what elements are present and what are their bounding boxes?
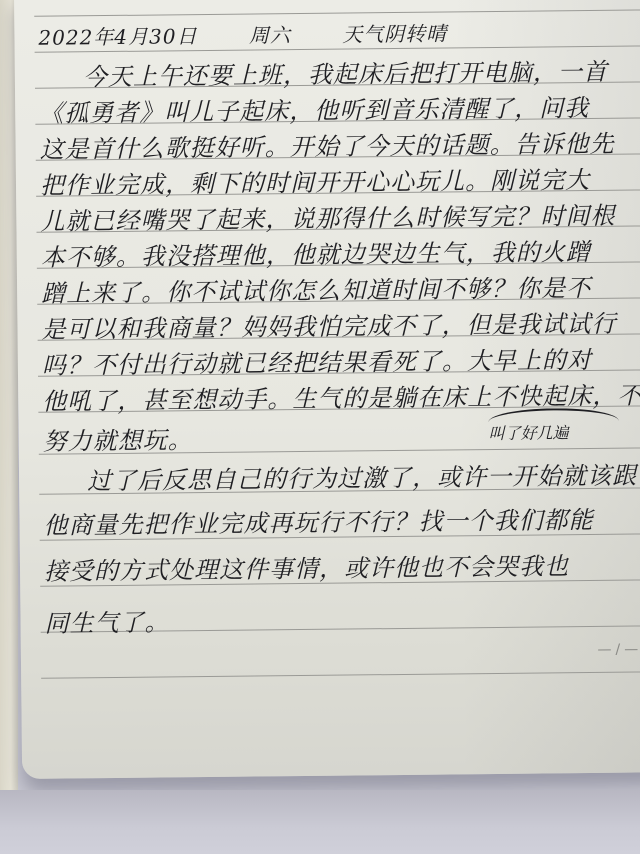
text-line: 接受的方式处理这件事情，或许他也不会哭我也 [44, 545, 640, 586]
diary-weather: 天气阴转晴 [342, 21, 447, 46]
text-line: 过了后反思自己的行为过激了，或许一开始就该跟 [43, 455, 640, 496]
page-number-mark: —/—/ [597, 641, 640, 658]
text-line: 《孤勇者》叫儿子起床，他听到音乐清醒了，问我 [39, 87, 640, 128]
diary-date: 2022年4月30日 [38, 24, 197, 50]
text-line: 他商量先把作业完成再玩行不行？找一个我们都能 [43, 499, 640, 540]
text-line: 这是首什么歌挺好听。开始了今天的话题。告诉他先 [39, 123, 640, 164]
diary-page: 2022年4月30日 周六 天气阴转晴 今天上午还要上班，我起床后把打开电脑，一… [14, 0, 640, 779]
text-line: 今天上午还要上班，我起床后把打开电脑，一首 [39, 51, 640, 92]
text-line: 把作业完成，剩下的时间开开心心玩儿。刚说完大 [40, 159, 640, 200]
text-line: 本不够。我没搭理他，他就边哭边生气，我的火蹭 [41, 231, 640, 272]
text-line: 吗？不付出行动就已经把结果看死了。大早上的对 [42, 339, 640, 380]
text-line: 蹭上来了。你不试试你怎么知道时间不够？你是不 [41, 267, 640, 308]
text-line: 儿就已经嘴哭了起来，说那得什么时候写完？时间根 [40, 195, 640, 236]
text-line: 是可以和我商量？妈妈我怕完成不了，但是我试试行 [41, 303, 640, 344]
desk-surface [0, 790, 640, 854]
text-line: 同生气了。 [44, 597, 640, 638]
diary-weekday: 周六 [249, 23, 291, 47]
text-line: 努力就想玩。 [42, 415, 640, 456]
ruled-line [41, 671, 640, 678]
